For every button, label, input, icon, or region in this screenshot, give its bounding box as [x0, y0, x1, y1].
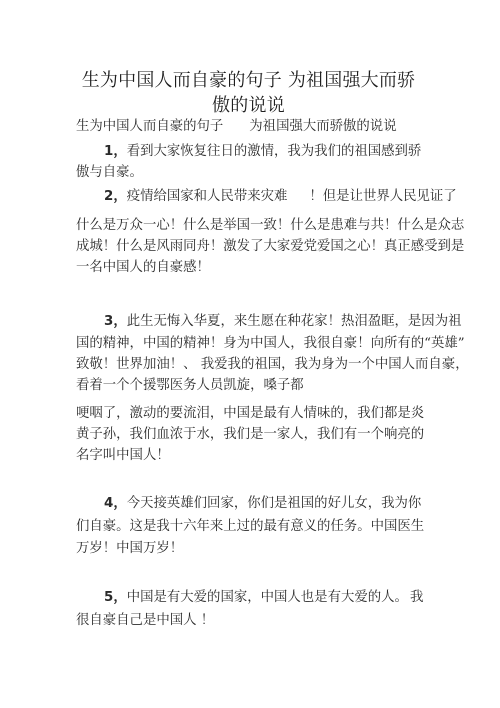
- document-subtitle: 生为中国人而自豪的句子为祖国强大而骄傲的说说: [76, 119, 397, 135]
- paragraph-3-line-6: 黄子孙，我们血浓于水，我们是一家人，我们有一个响亮的: [76, 427, 424, 443]
- document-page: 生为中国人而自豪的句子 为祖国强大而骄 傲的说说 生为中国人而自豪的句子为祖国强…: [0, 0, 500, 708]
- paragraph-2-line-2: 什么是万众一心！什么是举国一致！什么是患难与共！什么是众志: [76, 218, 464, 234]
- paragraph-text: 今天接英雄们回家，你们是祖国的好儿女，我为你: [127, 496, 422, 511]
- paragraph-text: 中国是有大爱的国家，中国人也是有大爱的人。: [127, 590, 408, 605]
- paragraph-2-line-3: 成城！什么是风雨同舟！激发了大家爱党爱国之心！真正感受到是: [76, 239, 464, 255]
- paragraph-3-line-7: 名字叫中国人！: [76, 448, 170, 464]
- paragraph-4-line-1: 4，今天接英雄们回家，你们是祖国的好儿女，我为你: [104, 496, 421, 512]
- paragraph-number: 3，: [104, 314, 127, 329]
- subtitle-part-2: 为祖国强大而骄傲的说说: [249, 119, 396, 134]
- paragraph-number: 1，: [104, 144, 127, 159]
- paragraph-3-line-2: 国的精神，中国的精神！身为中国人，我很自豪！向所有的“英雄”: [76, 336, 465, 352]
- paragraph-text: 疫情给国家和人民带来灾难: [127, 189, 288, 204]
- document-title-line-2: 傲的说说: [76, 91, 421, 117]
- paragraph-number: 4，: [104, 496, 127, 511]
- paragraph-4-line-3: 万岁！中国万岁！: [76, 541, 183, 557]
- paragraph-3-line-4: 看着一个个援鄂医务人员凯旋，嗓子都: [76, 378, 304, 394]
- paragraph-5-line-2: 很自豪自己是中国人 ！: [76, 613, 214, 629]
- subtitle-part-1: 生为中国人而自豪的句子: [76, 119, 223, 134]
- paragraph-text: 看到大家恢复往日的激情，我为我们的祖国感到骄: [127, 144, 422, 159]
- paragraph-text: ！但是让世界人民见证了: [309, 189, 456, 204]
- paragraph-1-line-1: 1，看到大家恢复往日的激情，我为我们的祖国感到骄: [104, 144, 421, 160]
- paragraph-4-line-2: 们自豪。这是我十六年来上过的最有意义的任务。中国医生: [76, 519, 424, 535]
- paragraph-3-line-1: 3，此生无悔入华夏，来生愿在种花家！热泪盈眶，是因为祖: [104, 314, 461, 330]
- paragraph-5-line-1: 5，中国是有大爱的国家，中国人也是有大爱的人。: [104, 590, 408, 606]
- paragraph-number: 5，: [104, 590, 127, 605]
- paragraph-number: 2，: [104, 189, 127, 204]
- paragraph-2-line-4: 一名中国人的自豪感！: [76, 260, 210, 276]
- paragraph-1-line-2: 傲与自豪。: [76, 165, 143, 181]
- paragraph-3-line-5: 哽咽了，激动的要流泪，中国是最有人情味的，我们都是炎: [76, 406, 424, 422]
- paragraph-text: 此生无悔入华夏，来生愿在种花家！热泪盈眶，是因为祖: [127, 314, 462, 329]
- paragraph-2-line-1: 2，疫情给国家和人民带来灾难！但是让世界人民见证了: [104, 189, 457, 205]
- document-title-line-1: 生为中国人而自豪的句子 为祖国强大而骄: [76, 66, 421, 92]
- paragraph-3-line-3: 致敬！世界加油！、 我爱我的祖国，我为身为一个中国人而自豪，: [76, 357, 469, 373]
- paragraph-5-line-1-end: 我: [410, 590, 423, 606]
